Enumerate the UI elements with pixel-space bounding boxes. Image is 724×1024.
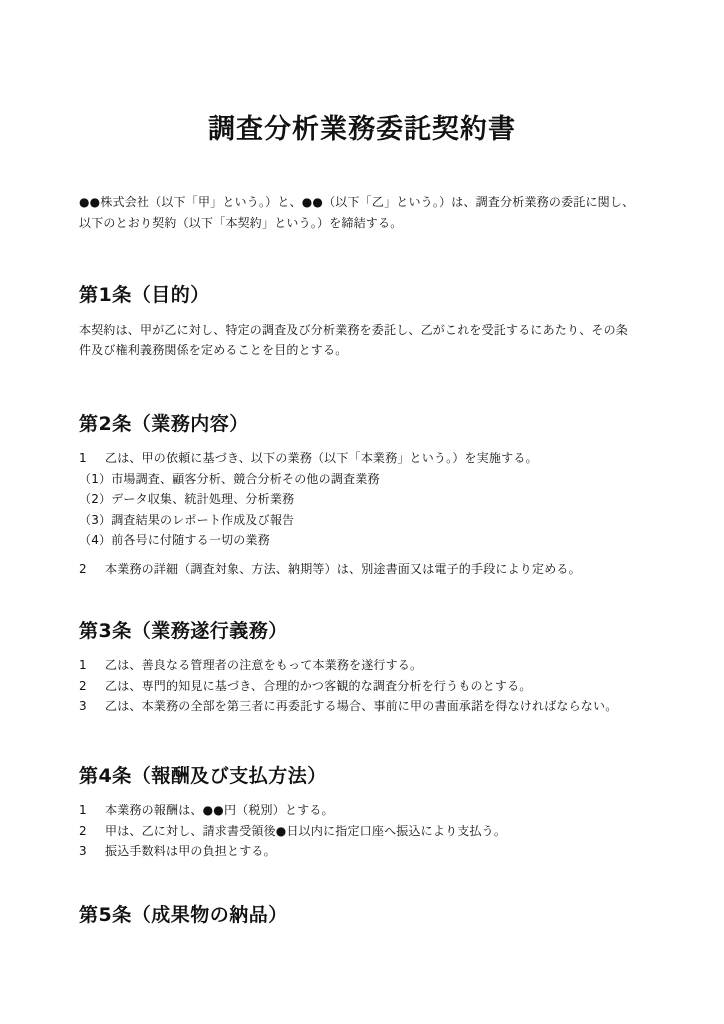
- clause-text: 乙は、専門的知見に基づき、合理的かつ客観的な調査分析を行うものとする。: [105, 676, 645, 696]
- clause-number: 2: [79, 821, 105, 841]
- article-3-duty-of-performance: 第3条（業務遂行義務） 1 乙は、善良なる管理者の注意をもって本業務を遂行する。…: [79, 619, 645, 717]
- article-5-heading: 第5条（成果物の納品）: [79, 903, 645, 928]
- subitem-row: （3）調査結果のレポート作成及び報告: [79, 510, 645, 530]
- article-5-delivery-of-deliverables: 第5条（成果物の納品）: [79, 903, 645, 928]
- clause-number: 2: [79, 559, 105, 579]
- article-3-heading: 第3条（業務遂行義務）: [79, 619, 645, 644]
- clause-number: 1: [79, 800, 105, 820]
- clause-row: 2 甲は、乙に対し、請求書受領後●日以内に指定口座へ振込により支払う。: [79, 821, 645, 841]
- contract-document-page: 調査分析業務委託契約書 ●●株式会社（以下「甲」という。）と、●●（以下「乙」と…: [0, 0, 724, 1024]
- clause-text: 乙は、甲の依頼に基づき、以下の業務（以下「本業務」という。）を実施する。: [105, 448, 645, 468]
- document-title: 調査分析業務委託契約書: [79, 114, 645, 146]
- clause-row: 1 本業務の報酬は、●●円（税別）とする。: [79, 800, 645, 820]
- clause-text: 甲は、乙に対し、請求書受領後●日以内に指定口座へ振込により支払う。: [105, 821, 645, 841]
- subitem-row: （2）データ収集、統計処理、分析業務: [79, 489, 645, 509]
- clause-number: 1: [79, 655, 105, 675]
- article-1-body: 本契約は、甲が乙に対し、特定の調査及び分析業務を委託し、乙がこれを受託するにあた…: [79, 320, 645, 361]
- clause-row: 2 本業務の詳細（調査対象、方法、納期等）は、別途書面又は電子的手段により定める…: [79, 559, 645, 579]
- clause-number: 3: [79, 696, 105, 716]
- clause-row: 2 乙は、専門的知見に基づき、合理的かつ客観的な調査分析を行うものとする。: [79, 676, 645, 696]
- article-1-purpose: 第1条（目的） 本契約は、甲が乙に対し、特定の調査及び分析業務を委託し、乙がこれ…: [79, 283, 645, 360]
- article-4-heading: 第4条（報酬及び支払方法）: [79, 764, 645, 789]
- article-2-scope-of-work: 第2条（業務内容） 1 乙は、甲の依頼に基づき、以下の業務（以下「本業務」という…: [79, 412, 645, 580]
- subitem-row: （4）前各号に付随する一切の業務: [79, 530, 645, 550]
- clause-number: 3: [79, 841, 105, 861]
- clause-row: 1 乙は、善良なる管理者の注意をもって本業務を遂行する。: [79, 655, 645, 675]
- article-1-heading: 第1条（目的）: [79, 283, 645, 308]
- clause-text: 乙は、本業務の全部を第三者に再委託する場合、事前に甲の書面承諾を得なければならな…: [105, 696, 645, 716]
- clause-text: 振込手数料は甲の負担とする。: [105, 841, 645, 861]
- clause-text: 本業務の詳細（調査対象、方法、納期等）は、別途書面又は電子的手段により定める。: [105, 559, 645, 579]
- clause-text: 乙は、善良なる管理者の注意をもって本業務を遂行する。: [105, 655, 645, 675]
- article-2-heading: 第2条（業務内容）: [79, 412, 645, 437]
- preamble-paragraph: ●●株式会社（以下「甲」という。）と、●●（以下「乙」という。）は、調査分析業務…: [79, 192, 645, 233]
- clause-text: 本業務の報酬は、●●円（税別）とする。: [105, 800, 645, 820]
- clause-row: 3 振込手数料は甲の負担とする。: [79, 841, 645, 861]
- article-4-remuneration-payment: 第4条（報酬及び支払方法） 1 本業務の報酬は、●●円（税別）とする。 2 甲は…: [79, 764, 645, 862]
- clause-row: 3 乙は、本業務の全部を第三者に再委託する場合、事前に甲の書面承諾を得なければな…: [79, 696, 645, 716]
- clause-number: 2: [79, 676, 105, 696]
- subitem-row: （1）市場調査、顧客分析、競合分析その他の調査業務: [79, 469, 645, 489]
- clause-number: 1: [79, 448, 105, 468]
- clause-row: 1 乙は、甲の依頼に基づき、以下の業務（以下「本業務」という。）を実施する。: [79, 448, 645, 468]
